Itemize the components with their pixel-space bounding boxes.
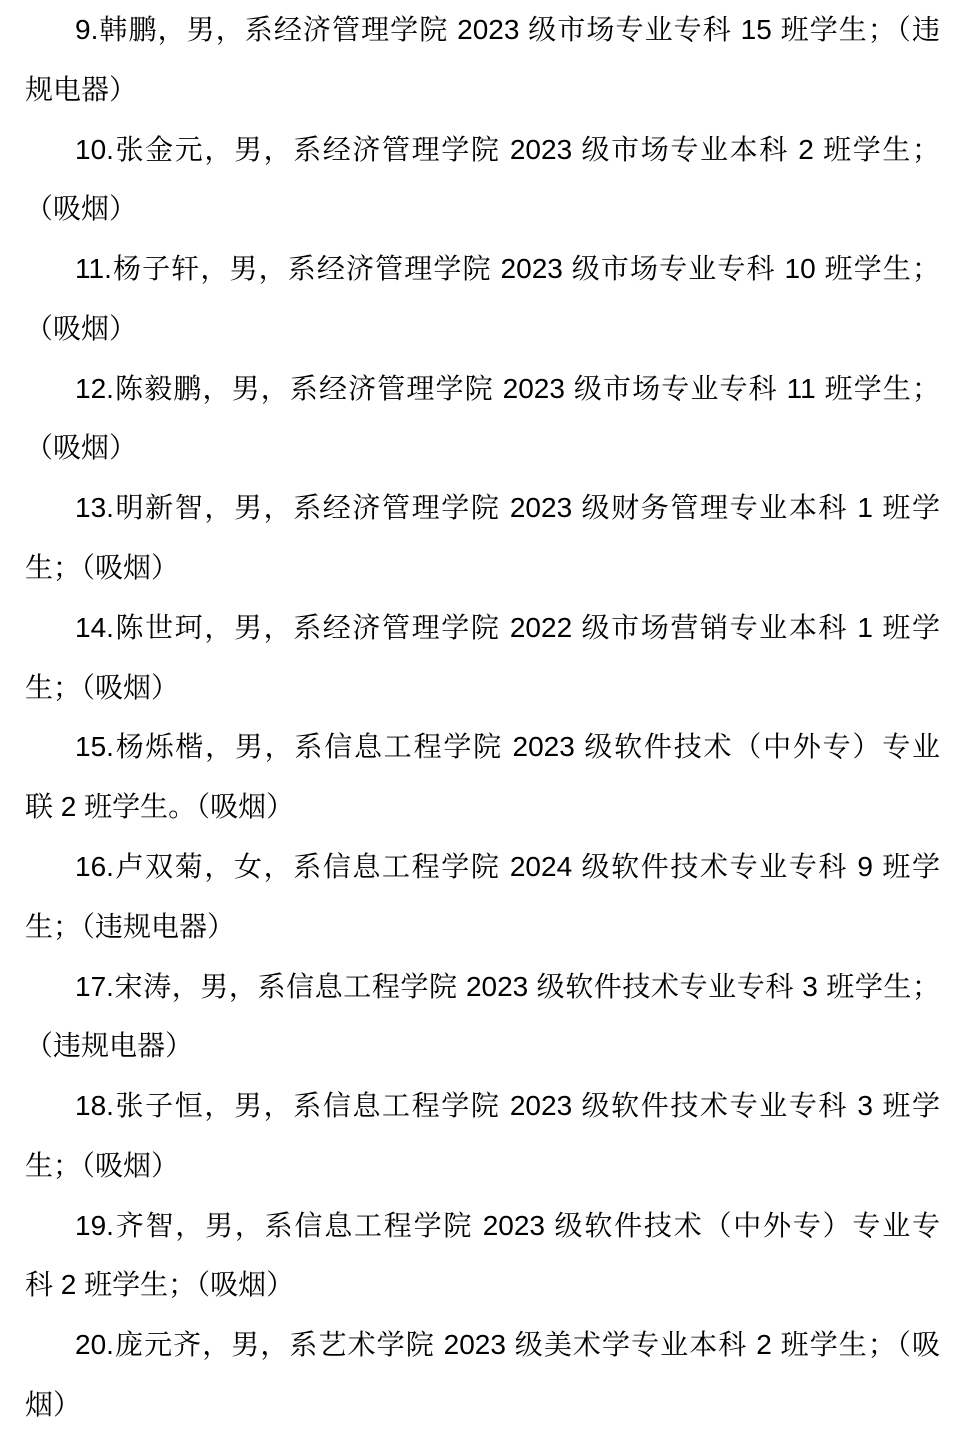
document-page: 9.韩鹏，男，系经济管理学院 2023 级市场专业专科 15 班学生；（违 规电… bbox=[0, 0, 965, 1435]
student-entry-13: 13.明新智，男，系经济管理学院 2023 级财务管理专业本科 1 班学 生；（… bbox=[25, 478, 940, 598]
entry-line: 19.齐智，男，系信息工程学院 2023 级软件技术（中外专）专业专 bbox=[25, 1196, 940, 1256]
student-entry-19: 19.齐智，男，系信息工程学院 2023 级软件技术（中外专）专业专 科 2 班… bbox=[25, 1196, 940, 1316]
student-entry-10: 10.张金元，男，系经济管理学院 2023 级市场专业本科 2 班学生； （吸烟… bbox=[25, 120, 940, 240]
entry-line: 15.杨烁楷，男，系信息工程学院 2023 级软件技术（中外专）专业 bbox=[25, 717, 940, 777]
entry-line: （吸烟） bbox=[25, 179, 940, 239]
entry-line: 20.庞元齐，男，系艺术学院 2023 级美术学专业本科 2 班学生；（吸 bbox=[25, 1315, 940, 1375]
entry-line: 科 2 班学生；（吸烟） bbox=[25, 1255, 940, 1315]
entry-line: 13.明新智，男，系经济管理学院 2023 级财务管理专业本科 1 班学 bbox=[25, 478, 940, 538]
student-entry-16: 16.卢双菊，女，系信息工程学院 2024 级软件技术专业专科 9 班学 生；（… bbox=[25, 837, 940, 957]
entry-line: （违规电器） bbox=[25, 1016, 940, 1076]
student-entry-14: 14.陈世珂，男，系经济管理学院 2022 级市场营销专业本科 1 班学 生；（… bbox=[25, 598, 940, 718]
entry-line: 生；（吸烟） bbox=[25, 658, 940, 718]
entry-line: 联 2 班学生。（吸烟） bbox=[25, 777, 940, 837]
entry-line: 烟） bbox=[25, 1375, 940, 1435]
entry-line: 9.韩鹏，男，系经济管理学院 2023 级市场专业专科 15 班学生；（违 bbox=[25, 0, 940, 60]
student-entry-9: 9.韩鹏，男，系经济管理学院 2023 级市场专业专科 15 班学生；（违 规电… bbox=[25, 0, 940, 120]
entry-line: 10.张金元，男，系经济管理学院 2023 级市场专业本科 2 班学生； bbox=[25, 120, 940, 180]
entry-line: 12.陈毅鹏，男，系经济管理学院 2023 级市场专业专科 11 班学生； bbox=[25, 359, 940, 419]
student-entry-18: 18.张子恒，男，系信息工程学院 2023 级软件技术专业专科 3 班学 生；（… bbox=[25, 1076, 940, 1196]
entry-line: 11.杨子轩，男，系经济管理学院 2023 级市场专业专科 10 班学生； bbox=[25, 239, 940, 299]
student-entry-20: 20.庞元齐，男，系艺术学院 2023 级美术学专业本科 2 班学生；（吸 烟） bbox=[25, 1315, 940, 1435]
student-entry-11: 11.杨子轩，男，系经济管理学院 2023 级市场专业专科 10 班学生； （吸… bbox=[25, 239, 940, 359]
entry-line: 生；（吸烟） bbox=[25, 538, 940, 598]
entry-line: 17.宋涛，男，系信息工程学院 2023 级软件技术专业专科 3 班学生； bbox=[25, 957, 940, 1017]
entry-line: （吸烟） bbox=[25, 299, 940, 359]
entry-line: 生；（吸烟） bbox=[25, 1136, 940, 1196]
student-entry-15: 15.杨烁楷，男，系信息工程学院 2023 级软件技术（中外专）专业 联 2 班… bbox=[25, 717, 940, 837]
entry-line: 18.张子恒，男，系信息工程学院 2023 级软件技术专业专科 3 班学 bbox=[25, 1076, 940, 1136]
entry-line: 生；（违规电器） bbox=[25, 897, 940, 957]
entry-line: 14.陈世珂，男，系经济管理学院 2022 级市场营销专业本科 1 班学 bbox=[25, 598, 940, 658]
student-entry-12: 12.陈毅鹏，男，系经济管理学院 2023 级市场专业专科 11 班学生； （吸… bbox=[25, 359, 940, 479]
entry-line: 规电器） bbox=[25, 60, 940, 120]
entry-line: （吸烟） bbox=[25, 418, 940, 478]
student-entry-17: 17.宋涛，男，系信息工程学院 2023 级软件技术专业专科 3 班学生； （违… bbox=[25, 957, 940, 1077]
entry-line: 16.卢双菊，女，系信息工程学院 2024 级软件技术专业专科 9 班学 bbox=[25, 837, 940, 897]
